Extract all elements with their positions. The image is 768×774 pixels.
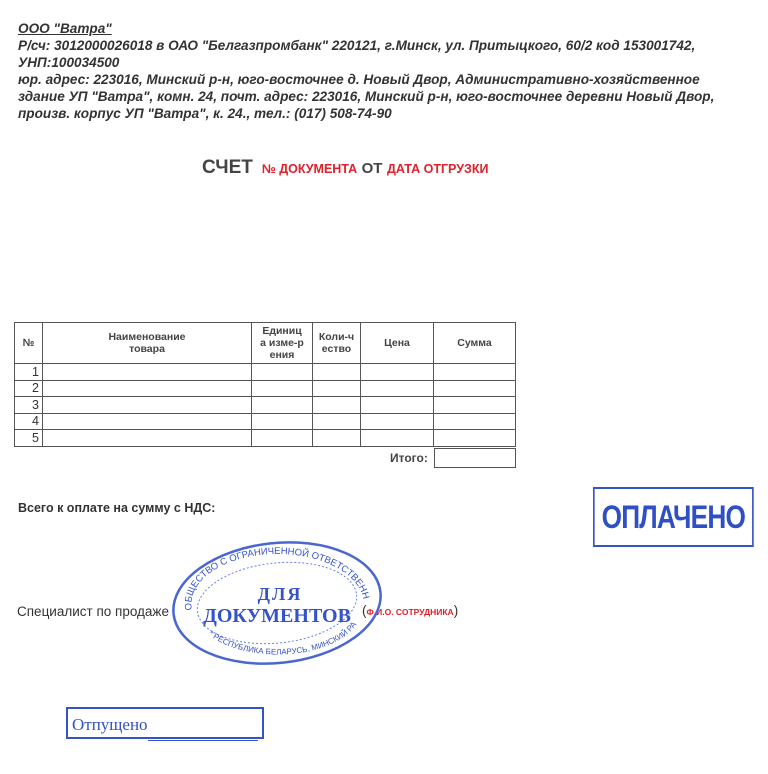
col-sum: Сумма [434,323,516,364]
cell-sum[interactable] [434,397,516,414]
cell-sum[interactable] [434,430,516,447]
table-row: 4 [15,413,516,430]
released-label: Отпущено [72,715,148,734]
table-row: 1 [15,364,516,381]
col-qty: Коли-чество [313,323,361,364]
phone-line: произв. корпус УП "Ватра", к. 24., тел.:… [18,105,768,122]
cell-sum[interactable] [434,380,516,397]
table-row: 5 [15,430,516,447]
row-number: 2 [15,380,43,397]
cell-qty[interactable] [313,413,361,430]
date-field[interactable]: ДАТА ОТГРУЗКИ [387,162,489,176]
cell-unit[interactable] [252,380,313,397]
col-price: Цена [361,323,434,364]
total-with-vat-label: Всего к оплате на сумму с НДС: [18,501,215,515]
row-number: 3 [15,397,43,414]
total-label: Итого: [390,451,428,465]
col-unit: Единица изме-рения [252,323,313,364]
released-stamp: Отпущено [66,707,264,739]
cell-name[interactable] [43,430,252,447]
cell-qty[interactable] [313,380,361,397]
cell-qty[interactable] [313,364,361,381]
table-row: 2 [15,380,516,397]
bank-details: Р/сч: 3012000026018 в ОАО "Белгазпромбан… [18,37,768,54]
company-name: ООО "Ватра" [18,20,768,37]
company-header: ООО "Ватра" Р/сч: 3012000026018 в ОАО "Б… [18,20,768,122]
cell-name[interactable] [43,364,252,381]
row-number: 4 [15,413,43,430]
specialist-label: Специалист по продаже [17,604,169,619]
cell-unit[interactable] [252,430,313,447]
from-label: ОТ [362,160,383,177]
invoice-label: СЧЕТ [202,157,253,178]
cell-sum[interactable] [434,364,516,381]
cell-sum[interactable] [434,413,516,430]
invoice-title: СЧЕТ № ДОКУМЕНТА ОТ ДАТА ОТГРУЗКИ [202,157,488,179]
legal-address: юр. адрес: 223016, Минский р-н, юго-вост… [18,71,768,88]
unp: УНП:100034500 [18,54,768,71]
cell-name[interactable] [43,380,252,397]
company-seal: ОБЩЕСТВО С ОГРАНИЧЕННОЙ ОТВЕТСТВЕННОСТЬЮ… [170,538,385,668]
cell-price[interactable] [361,397,434,414]
cell-qty[interactable] [313,397,361,414]
paid-stamp: ОПЛАЧЕНО [593,487,754,547]
col-number: № [15,323,43,364]
cell-price[interactable] [361,364,434,381]
cell-unit[interactable] [252,364,313,381]
cell-name[interactable] [43,397,252,414]
cell-name[interactable] [43,413,252,430]
row-number: 5 [15,430,43,447]
invoice-table: № Наименование товара Единица изме-рения… [14,322,516,447]
svg-text:ДЛЯ: ДЛЯ [258,584,303,604]
table-row: 3 [15,397,516,414]
cell-price[interactable] [361,413,434,430]
table-header-row: № Наименование товара Единица изме-рения… [15,323,516,364]
col-name: Наименование товара [43,323,252,364]
cell-unit[interactable] [252,397,313,414]
released-signature-line[interactable] [148,722,258,741]
svg-text:ДОКУМЕНТОВ: ДОКУМЕНТОВ [203,605,351,627]
cell-unit[interactable] [252,413,313,430]
total-value-cell[interactable] [434,448,516,468]
doc-number-field[interactable]: № ДОКУМЕНТА [262,162,357,176]
cell-qty[interactable] [313,430,361,447]
postal-address: здание УП "Ватра", комн. 24, почт. адрес… [18,88,768,105]
cell-price[interactable] [361,430,434,447]
row-number: 1 [15,364,43,381]
cell-price[interactable] [361,380,434,397]
